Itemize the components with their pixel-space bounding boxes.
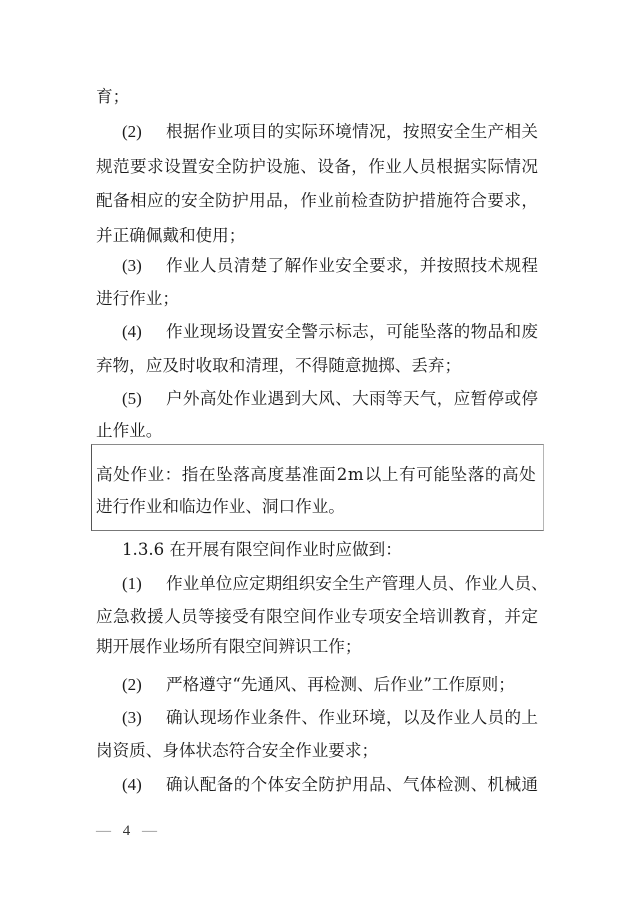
note-line: 进行作业和临边作业、洞口作业。: [96, 495, 536, 519]
list-item-number: (4): [122, 773, 166, 797]
line-text: 期开展作业场所有限空间辨识工作；: [96, 637, 362, 656]
line-text: 弃物，应及时收取和清理，不得随意抛掷、丢弃；: [96, 356, 461, 375]
list-item-number: (3): [122, 254, 166, 278]
line-text: 户外高处作业遇到大风、大雨等天气，应暂停或停: [166, 387, 538, 411]
paragraph-line: 应急救援人员等接受有限空间作业专项安全培训教育，并定: [96, 605, 538, 629]
list-item-number: (5): [122, 387, 166, 411]
paragraph-line: 岗资质、身体状态符合安全作业要求；: [96, 739, 538, 763]
line-text: 1.3.6 在开展有限空间作业时应做到：: [122, 540, 402, 559]
line-text: 配备相应的安全防护用品，作业前检查防护措施符合要求，: [96, 189, 538, 213]
list-item-line: (2)严格遵守“先通风、再检测、后作业”工作原则；: [122, 673, 538, 697]
document-page: 育；(2)根据作业项目的实际环境情况，按照安全生产相关规范要求设置安全防护设施、…: [0, 0, 636, 900]
line-text: 确认现场作业条件、作业环境，以及作业人员的上: [166, 706, 538, 730]
paragraph-line: 配备相应的安全防护用品，作业前检查防护措施符合要求，: [96, 189, 538, 213]
line-text: 作业人员清楚了解作业安全要求，并按照技术规程: [166, 254, 538, 278]
line-text: 作业单位应定期组织安全生产管理人员、作业人员、: [166, 572, 538, 596]
list-item-line: (2)根据作业项目的实际环境情况，按照安全生产相关: [122, 120, 538, 144]
paragraph-line: 规范要求设置安全防护设施、设备，作业人员根据实际情况: [96, 155, 538, 179]
list-item-number: (1): [122, 572, 166, 596]
list-item-number: (4): [122, 320, 166, 344]
line-text: 高处作业：指在坠落高度基准面 2m 以上有可能坠落的高处: [96, 463, 536, 487]
line-text: 进行作业和临边作业、洞口作业。: [96, 497, 345, 516]
page-number-dash-right: —: [142, 823, 158, 839]
line-text: 应急救援人员等接受有限空间作业专项安全培训教育，并定: [96, 605, 538, 629]
line-text: 根据作业项目的实际环境情况，按照安全生产相关: [166, 120, 538, 144]
paragraph-line: 并正确佩戴和使用；: [96, 224, 538, 248]
line-text: 规范要求设置安全防护设施、设备，作业人员根据实际情况: [96, 155, 538, 179]
paragraph-line: 1.3.6 在开展有限空间作业时应做到：: [122, 538, 538, 562]
list-item-number: (2): [122, 120, 166, 144]
page-number: — 4 —: [96, 823, 158, 840]
line-text: 确认配备的个体安全防护用品、气体检测、机械通: [166, 773, 538, 797]
line-text: 严格遵守“先通风、再检测、后作业”工作原则；: [166, 675, 515, 694]
paragraph-line: 期开展作业场所有限空间辨识工作；: [96, 635, 538, 659]
paragraph-line: 育；: [96, 85, 538, 109]
page-number-dash-left: —: [96, 823, 112, 839]
list-item-number: (3): [122, 706, 166, 730]
line-text: 止作业。: [96, 421, 162, 440]
list-item-line: (3)确认现场作业条件、作业环境，以及作业人员的上: [122, 706, 538, 730]
line-text: 作业现场设置安全警示标志，可能坠落的物品和废: [166, 320, 538, 344]
list-item-number: (2): [122, 673, 166, 697]
line-text: 并正确佩戴和使用；: [96, 226, 245, 245]
paragraph-line: 弃物，应及时收取和清理，不得随意抛掷、丢弃；: [96, 354, 538, 378]
list-item-line: (5)户外高处作业遇到大风、大雨等天气，应暂停或停: [122, 387, 538, 411]
note-line: 高处作业：指在坠落高度基准面 2m 以上有可能坠落的高处: [96, 463, 536, 487]
line-text: 岗资质、身体状态符合安全作业要求；: [96, 741, 378, 760]
line-text: 育；: [96, 87, 129, 106]
list-item-line: (3)作业人员清楚了解作业安全要求，并按照技术规程: [122, 254, 538, 278]
list-item-line: (4)作业现场设置安全警示标志，可能坠落的物品和废: [122, 320, 538, 344]
page-number-value: 4: [123, 823, 132, 839]
paragraph-line: 止作业。: [96, 419, 538, 443]
paragraph-line: 进行作业；: [96, 287, 538, 311]
list-item-line: (1)作业单位应定期组织安全生产管理人员、作业人员、: [122, 572, 538, 596]
line-text: 进行作业；: [96, 289, 179, 308]
list-item-line: (4)确认配备的个体安全防护用品、气体检测、机械通: [122, 773, 538, 797]
